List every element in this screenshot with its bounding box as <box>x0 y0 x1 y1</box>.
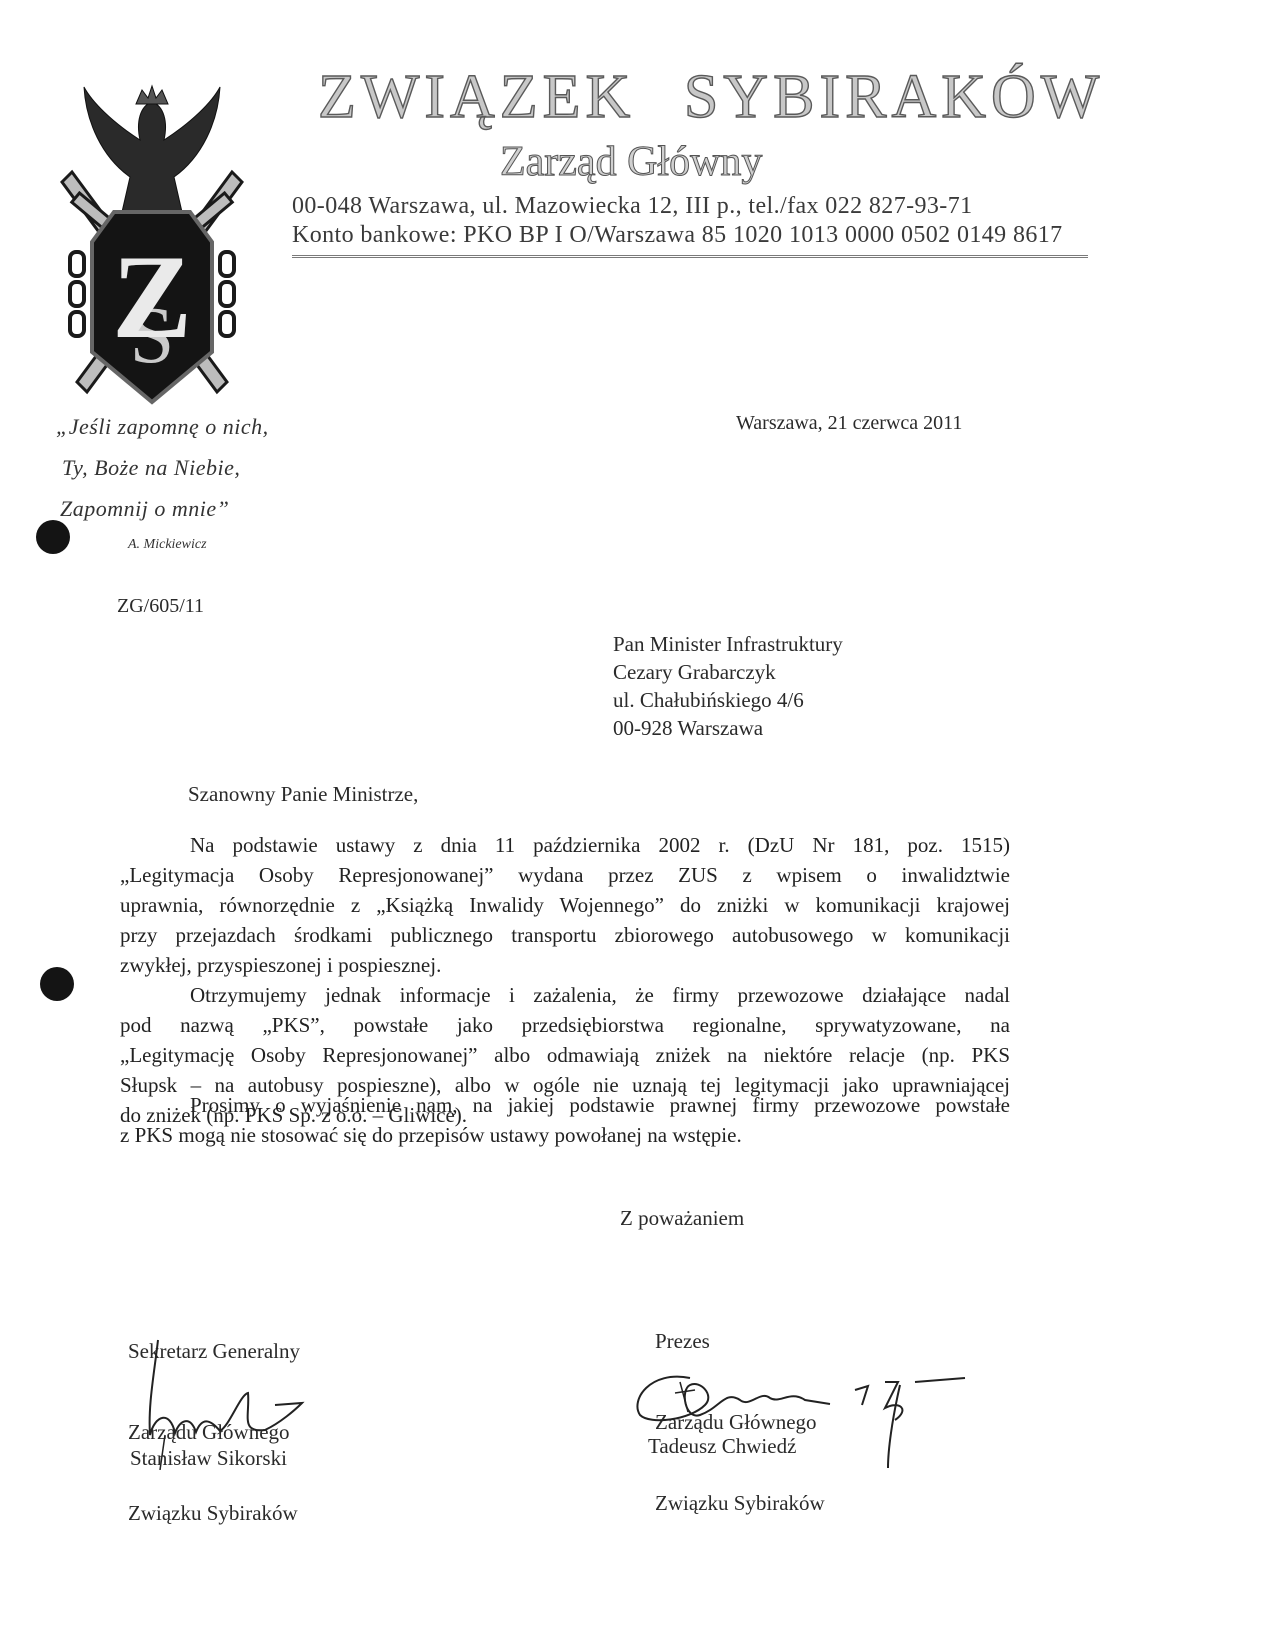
body-line: „Legitymację Osoby Represjonowanej” albo… <box>120 1040 1010 1070</box>
body-paragraph-1: Na podstawie ustawy z dnia 11 październi… <box>120 830 1010 980</box>
recipient-line: 00-928 Warszawa <box>613 716 763 741</box>
signatory-title-line: Związku Sybiraków <box>655 1490 825 1517</box>
body-line: zwykłej, przyspieszonej i pospiesznej. <box>120 950 1010 980</box>
closing: Z poważaniem <box>620 1206 744 1231</box>
punch-hole <box>36 520 70 554</box>
motto-line: Ty, Boże na Niebie, <box>62 455 240 481</box>
body-line: przy przejazdach środkami publicznego tr… <box>120 920 1010 950</box>
bank-account: Konto bankowe: PKO BP I O/Warszawa 85 10… <box>292 222 1063 249</box>
motto-author: A. Mickiewicz <box>128 537 207 553</box>
body-paragraph-3: Prosimy o wyjaśnienie nam, na jakiej pod… <box>120 1090 1010 1150</box>
recipient-line: ul. Chałubińskiego 4/6 <box>613 688 804 713</box>
body-line: uprawnia, równorzędnie z „Książką Inwali… <box>120 890 1010 920</box>
reference-number: ZG/605/11 <box>117 595 204 618</box>
signatory-title-line: Prezes <box>655 1328 825 1355</box>
recipient-line: Cezary Grabarczyk <box>613 660 776 685</box>
svg-text:S: S <box>130 292 175 380</box>
organization-title: ZWIĄZEK SYBIRAKÓW <box>318 62 1104 133</box>
left-signatory-name: Stanisław Sikorski <box>130 1446 287 1471</box>
body-line: Otrzymujemy jednak informacje i zażaleni… <box>120 980 1010 1010</box>
letterhead-divider <box>292 255 1088 258</box>
body-line: Prosimy o wyjaśnienie nam, na jakiej pod… <box>120 1090 1010 1120</box>
body-line: Na podstawie ustawy z dnia 11 październi… <box>120 830 1010 860</box>
salutation: Szanowny Panie Ministrze, <box>188 782 418 807</box>
date-line: Warszawa, 21 czerwca 2011 <box>736 412 962 435</box>
body-line: „Legitymacja Osoby Represjonowanej” wyda… <box>120 860 1010 890</box>
right-signatory-name: Tadeusz Chwiedź <box>648 1434 796 1459</box>
motto-line: „Jeśli zapomnę o nich, <box>56 414 269 440</box>
motto-line: Zapomnij o mnie” <box>60 496 229 522</box>
body-line: pod nazwą „PKS”, powstałe jako przedsięb… <box>120 1010 1010 1040</box>
signatory-title-line: Związku Sybiraków <box>128 1500 300 1527</box>
body-line: z PKS mogą nie stosować się do przepisów… <box>120 1120 1010 1150</box>
eagle-emblem-icon: Z S <box>52 62 252 407</box>
punch-hole <box>40 967 74 1001</box>
recipient-line: Pan Minister Infrastruktury <box>613 632 843 657</box>
organization-subtitle: Zarząd Główny <box>500 138 762 186</box>
organization-address: 00-048 Warszawa, ul. Mazowiecka 12, III … <box>292 193 973 220</box>
